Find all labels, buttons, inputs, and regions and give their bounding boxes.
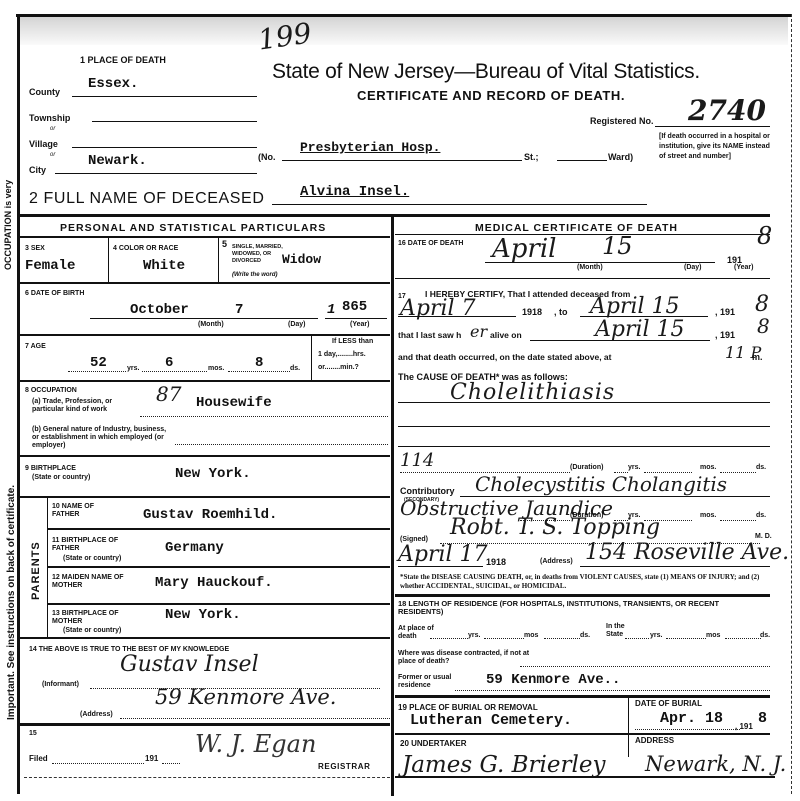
medical-bottom-rule [395,594,770,597]
full-name-line [272,204,647,205]
row-dob-rule [20,334,390,336]
informant-address: 59 Kenmore Ave. [155,685,336,709]
at-place-yrs: yrs. [468,632,480,640]
dob-month: October [130,302,189,318]
age-ds-unit: ds. [290,365,300,373]
informant-address-line [120,718,390,719]
ward-line [557,160,607,161]
mother-birthplace-hint: (State or country) [63,627,121,635]
personal-section-title: PERSONAL AND STATISTICAL PARTICULARS [60,222,326,234]
age-yrs-unit: yrs. [127,365,139,373]
death-date-line [485,262,715,263]
birthplace-hint: (State or country) [32,474,90,482]
death-year: 8 [757,222,772,250]
burial-place-label: 19 PLACE OF BURIAL OR REMOVAL [398,704,538,712]
race-label: 4 COLOR OR RACE [113,245,178,253]
dob-year-caption: (Year) [350,321,369,329]
age-years-line [68,371,126,372]
age-months-line [142,371,207,372]
physician-address-line [580,566,770,567]
full-name-label: 2 FULL NAME OF DECEASED [29,190,264,208]
marital-hint: (Write the word) [232,272,278,278]
deceased-name: Alvina Insel. [300,184,409,200]
state-title: State of New Jersey—Bureau of Vital Stat… [272,60,700,84]
city-line [55,173,257,174]
death-year-prefix: 191 [727,256,742,264]
residence-bottom-rule [395,695,770,698]
race-marital-divider [218,237,219,282]
to-year-prefix: , 191 [715,308,735,316]
alive-on-label: alive on [490,331,522,339]
row-mother-rule [48,603,390,605]
dob-year: 865 [342,299,367,315]
father-label: 10 NAME OF FATHER [52,503,112,519]
occupation-a-line [140,416,388,417]
village-label: Village [29,139,58,149]
age-years: 52 [90,355,107,371]
physician-address-label: (Address) [540,558,573,566]
contracted-line [520,666,770,667]
duration-ds-2: ds. [756,512,766,520]
signed-date-line [398,566,483,567]
death-day: 15 [602,232,633,260]
contracted-label: Where was disease contracted, if not at … [398,650,548,666]
death-date-rule [395,278,770,279]
cause-line-3 [398,446,770,447]
signed-year: 1918 [486,558,506,566]
burial-rule [395,733,770,735]
occupation-label: 8 OCCUPATION [25,387,77,395]
or-min-label: or........min.? [318,364,359,372]
in-state-mos-line [666,638,706,639]
registrar-signature: W. J. Egan [195,730,316,758]
mother-label: 12 MAIDEN NAME OF MOTHER [52,574,142,590]
undertaker-address-label: ADDRESS [635,737,674,745]
marital-label-num: 5 [222,240,227,248]
attended-from-line [398,316,516,317]
father-birthplace-label: 11 BIRTHPLACE OF FATHER [52,537,142,553]
undertaker-label: 20 UNDERTAKER [400,740,467,748]
sex-value: Female [25,258,75,274]
in-state-ds-line [725,638,761,639]
at-place-mos-line [484,638,524,639]
township-line [92,121,257,122]
former-residence-line [455,690,770,691]
filed-year: 191 [145,755,158,763]
undertaker-signature: James G. Brierley [402,752,605,778]
registered-no-value: 2740 [688,94,766,127]
sex-race-divider [108,237,109,282]
in-state-yrs: yrs. [650,632,662,640]
age-less-divider [311,335,312,380]
occurred-label: and that death occurred, on the date sta… [398,353,611,361]
birthplace-label: 9 BIRTHPLACE [25,465,76,473]
cause-line-2 [398,426,770,427]
in-state-yrs-line [625,638,649,639]
city-value: Newark. [88,153,147,169]
dob-month-caption: (Month) [198,321,224,329]
at-place-ds: ds. [580,632,590,640]
dob-day: 7 [235,302,243,318]
frame-top [16,14,791,17]
sex-label: 3 SEX [25,245,45,253]
last-saw-pronoun: er [470,322,487,341]
age-days-line [228,371,290,372]
row-informant-rule [20,723,390,726]
handwritten-file-number: 199 [256,16,314,56]
header-divider [20,214,770,217]
at-place-ds-line [544,638,580,639]
county-value: Essex. [88,76,138,92]
death-day-caption: (Day) [684,264,702,272]
registrar-label: REGISTRAR [318,763,371,771]
former-residence-label: Former or usual residence [398,674,458,690]
city-label: City [29,165,46,175]
race-value: White [143,258,185,274]
row-birthplace-rule [20,496,390,498]
county-label: County [29,87,60,97]
burial-date-line [635,729,740,730]
or-1: or [50,126,55,132]
burial-divider [628,697,629,757]
dob-year-line [325,318,387,319]
frame-right [791,14,793,794]
in-state-mos: mos [706,632,720,640]
signed-date: April 17 [398,542,488,567]
age-mos-unit: mos. [208,365,224,373]
marital-value: Widow [282,252,321,267]
scan-shadow-top [18,15,788,45]
contributory-cause-1: Cholecystitis Cholangitis [475,472,727,496]
physician-address: 154 Roseville Ave. [585,540,789,565]
row-age-rule [20,380,390,382]
burial-date-value: Apr. 18 [660,710,723,727]
county-line [72,96,257,97]
occupation-b-label: (b) General nature of Industry, business… [32,426,172,450]
certificate-bottom-rule [395,776,775,778]
row-father-rule [48,528,390,530]
physician-signature: Robt. T. S. Topping [450,515,660,540]
cause-code: 114 [400,450,434,471]
place-of-death-label: 1 PLACE OF DEATH [80,56,166,65]
burial-year: 8 [758,710,767,727]
burial-year-prefix: , 191 [735,723,753,731]
occupation-a-label: (a) Trade, Profession, or particular kin… [32,398,142,414]
ward-label: Ward) [608,152,633,162]
parents-label: PARENTS [30,541,42,600]
duration-label-1: (Duration) [570,464,603,472]
former-residence-value: 59 Kenmore Ave.. [486,672,620,688]
father-birthplace-hint: (State or country) [63,555,121,563]
dob-year-prefix: 1 [327,302,335,318]
less-than-label: If LESS than [332,338,373,346]
death-date-label: 16 DATE OF DEATH [398,240,463,248]
margin-note-bottom: Important. See instructions on back of c… [6,485,17,720]
occupation-code: 87 [156,382,181,406]
frame-left [17,14,20,794]
cause-line-1 [398,402,770,403]
in-state-label: In the State [606,623,638,639]
institution-line [282,160,522,161]
contributory-label: Contributory [400,486,455,496]
occupation-value: Housewife [196,395,272,411]
township-label: Township [29,113,70,123]
at-place-yrs-line [430,638,468,639]
duration-mos-2: mos. [700,512,716,520]
informant-label: (Informant) [42,681,79,689]
medical-title-rule [395,234,770,235]
death-year-caption: (Year) [734,264,753,272]
row-father-birthplace-rule [48,566,390,568]
row-sex-rule [20,282,390,284]
filed-label: Filed [29,755,48,763]
burial-date-label: DATE OF BURIAL [635,700,702,708]
age-months: 6 [165,355,173,371]
residence-label: 18 LENGTH OF RESIDENCE (FOR HOSPITALS, I… [398,600,738,616]
occupation-b-line [175,444,388,445]
filed-date-line [52,763,144,764]
age-days: 8 [255,355,263,371]
filed-year-line [162,763,180,764]
left-bottom-rule [24,777,390,779]
mother-value: Mary Hauckouf. [155,575,273,591]
institution-value: Presbyterian Hosp. [300,140,440,155]
last-saw-label: that I last saw h [398,331,461,339]
father-value: Gustav Roemhild. [143,507,277,523]
dob-label: 6 DATE OF BIRTH [25,290,84,298]
or-2: or [50,152,55,158]
burial-place-value: Lutheran Cemetery. [410,712,572,729]
filed-num: 15 [29,730,37,738]
one-day-label: 1 day,........hrs. [318,351,366,359]
dob-line [90,318,318,319]
st-label: St.; [524,152,539,162]
last-saw-line [530,340,710,341]
birthplace-value: New York. [175,466,251,482]
death-month-caption: (Month) [577,264,603,272]
mother-birthplace-value: New York. [165,607,241,623]
to-label: , to [554,308,568,316]
age-label: 7 AGE [25,343,46,351]
no-label: (No. [258,152,276,162]
last-saw-year: 8 [757,314,770,338]
personal-title-rule [20,236,390,238]
margin-note-top: OCCUPATION is very [3,180,13,270]
row-occupation-rule [20,455,390,457]
hospital-note: [If death occurred in a hospital or inst… [659,132,772,162]
duration-ds-1: ds. [756,464,766,472]
dob-day-caption: (Day) [288,321,306,329]
attended-from: April 7 [400,296,476,321]
last-saw-year-prefix: , 191 [715,331,735,339]
death-month: April [492,234,556,264]
registered-no-label: Registered No. [590,116,654,126]
center-divider [391,214,394,796]
marital-label: SINGLE, MARRIED, WIDOWED, OR DIVORCED [232,244,286,265]
at-place-mos: mos [524,632,538,640]
village-line [72,147,257,148]
duration-mos-1: mos. [700,464,716,472]
medical-section-title: MEDICAL CERTIFICATE OF DEATH [475,222,678,234]
undertaker-address: Newark, N. J. [645,752,786,776]
father-birthplace-value: Germany [165,540,224,556]
cause-footnote: *State the DISEASE CAUSING DEATH, or, in… [400,573,770,591]
last-saw-date: April 15 [595,317,685,342]
in-state-ds: ds. [760,632,770,640]
certificate-subtitle: CERTIFICATE AND RECORD OF DEATH. [357,88,625,103]
informant-signature: Gustav Insel [120,652,259,677]
duration-ds-line-2 [720,520,756,521]
mother-birthplace-label: 13 BIRTHPLACE OF MOTHER [52,610,132,626]
duration-yrs-1: yrs. [628,464,640,472]
row-mother-birthplace-rule [20,637,390,639]
from-year: 1918 [522,308,542,316]
informant-address-label: (Address) [80,711,113,719]
time-suffix: m. [752,353,763,361]
